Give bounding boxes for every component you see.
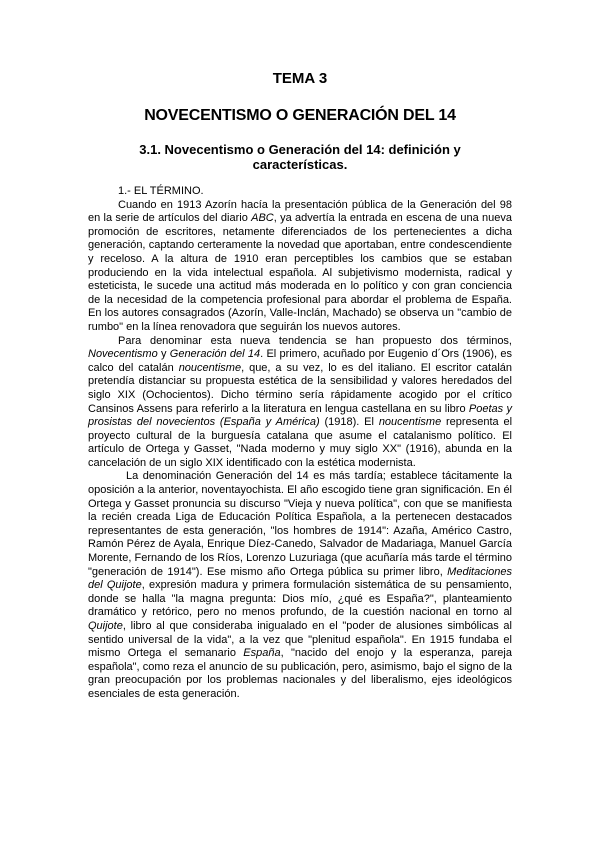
italic-text-segment: noucentisme xyxy=(179,362,241,374)
italic-text-segment: ABC xyxy=(251,212,274,224)
italic-text-segment: Generación del 14 xyxy=(170,348,260,360)
paragraph: Para denominar esta nueva tendencia se h… xyxy=(88,335,512,471)
paragraph: La denominación Generación del 14 es más… xyxy=(88,470,512,701)
italic-text-segment: noucentisme xyxy=(379,416,441,428)
document-page: TEMA 3 NOVECENTISMO O GENERACIÓN DEL 14 … xyxy=(0,0,600,848)
section-heading: 1.- EL TÉRMINO. xyxy=(88,185,512,199)
document-body: Cuando en 1913 Azorín hacía la presentac… xyxy=(88,199,512,702)
doc-heading: TEMA 3 xyxy=(88,70,512,88)
text-segment: , expresión madura y primera formulación… xyxy=(88,579,512,618)
text-segment: Para denominar esta nueva tendencia se h… xyxy=(118,335,512,347)
text-segment: La denominación Generación del 14 es más… xyxy=(88,470,512,577)
paragraph: Cuando en 1913 Azorín hacía la presentac… xyxy=(88,199,512,335)
doc-subtitle: 3.1. Novecentismo o Generación del 14: d… xyxy=(113,142,488,172)
text-segment: , ya advertía la entrada en escena de un… xyxy=(88,212,512,333)
text-segment: (1918). El xyxy=(320,416,379,428)
text-segment: y xyxy=(158,348,170,360)
italic-text-segment: España xyxy=(243,647,280,659)
doc-main-title: NOVECENTISMO O GENERACIÓN DEL 14 xyxy=(88,106,512,126)
italic-text-segment: Quijote xyxy=(88,620,123,632)
italic-text-segment: Novecentismo xyxy=(88,348,158,360)
